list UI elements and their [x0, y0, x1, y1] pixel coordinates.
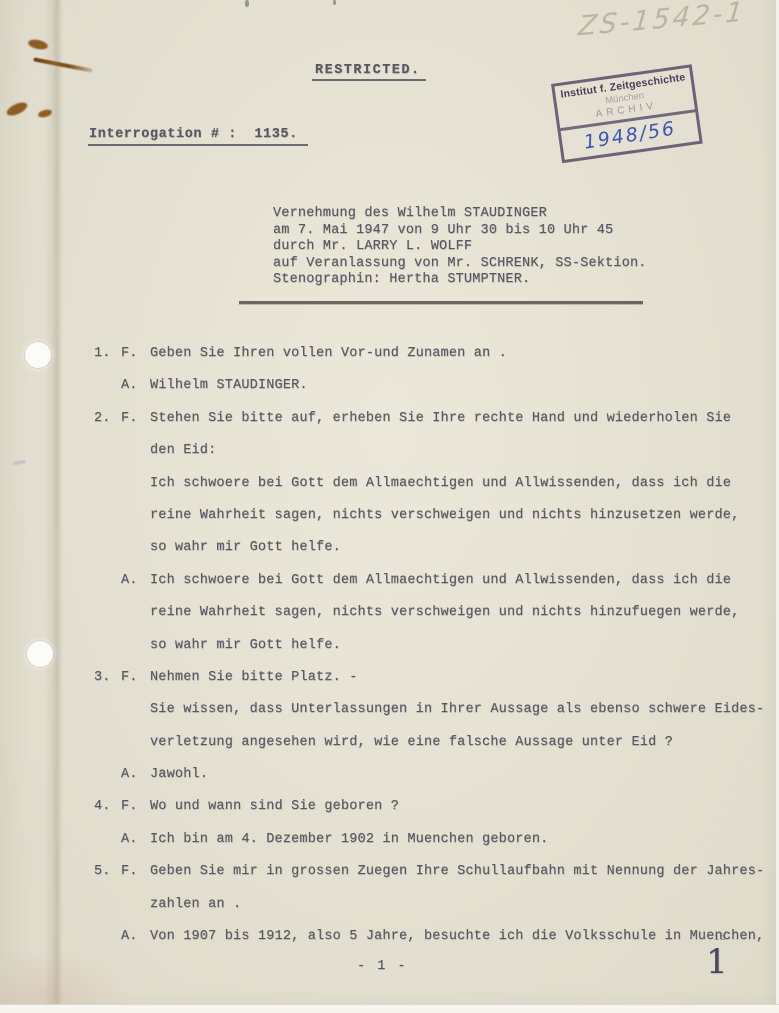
header-line: Stenographin: Hertha STUMPTNER.: [273, 272, 647, 289]
page-number-typed: - 1 -: [357, 959, 408, 974]
transcript-text: so wahr mir Gott helfe.: [150, 540, 764, 555]
transcript-text: Sie wissen, dass Unterlassungen in Ihrer…: [150, 702, 764, 717]
paper-speck: [245, 0, 249, 7]
transcript-text: Geben Sie mir in grossen Zuegen Ihre Sch…: [150, 864, 764, 879]
archive-stamp: Institut f. Zeitgeschichte München ARCHI…: [551, 64, 703, 163]
transcript-line: 2.F.Stehen Sie bitte auf, erheben Sie Ih…: [94, 411, 764, 443]
header-line: durch Mr. LARRY L. WOLFF: [273, 239, 647, 256]
header-line: am 7. Mai 1947 von 9 Uhr 30 bis 10 Uhr 4…: [273, 223, 647, 240]
transcript-speaker: F.: [121, 864, 150, 879]
transcript-text: Jawohl.: [150, 767, 764, 782]
transcript-speaker: A.: [121, 832, 150, 847]
paper-speck: [333, 0, 336, 5]
transcript-speaker: F.: [121, 346, 150, 361]
transcript-speaker: F.: [121, 411, 150, 426]
transcript-num: 1.: [94, 346, 121, 361]
transcript-speaker: A.: [121, 929, 150, 944]
transcript-num: 2.: [94, 411, 121, 426]
transcript-speaker: F.: [121, 670, 150, 685]
transcript-text: den Eid:: [150, 443, 764, 458]
scan-edge-bottom: [0, 1004, 779, 1013]
transcript-line: Sie wissen, dass Unterlassungen in Ihrer…: [94, 702, 764, 734]
rust-mark: [27, 38, 48, 51]
header-line: auf Veranlassung von Mr. SCHRENK, SS-Sek…: [273, 256, 647, 273]
classification-label: RESTRICTED.: [312, 63, 426, 81]
rust-mark: [5, 100, 29, 118]
transcript-text: Ich schwoere bei Gott dem Allmaechtigen …: [150, 573, 764, 588]
interrogation-number: Interrogation # : 1135.: [88, 127, 308, 146]
punch-hole: [27, 641, 53, 667]
transcript-line: Ich schwoere bei Gott dem Allmaechtigen …: [94, 476, 764, 508]
horizontal-rule: [239, 301, 643, 304]
header-block: Vernehmung des Wilhelm STAUDINGERam 7. M…: [273, 206, 647, 289]
transcript-text: Ich bin am 4. Dezember 1902 in Muenchen …: [150, 832, 764, 847]
transcript-text: Stehen Sie bitte auf, erheben Sie Ihre r…: [150, 411, 764, 426]
transcript-line: 5.F.Geben Sie mir in grossen Zuegen Ihre…: [94, 864, 764, 896]
transcript-line: so wahr mir Gott helfe.: [94, 638, 764, 670]
transcript-speaker: F.: [121, 799, 150, 814]
transcript-text: verletzung angesehen wird, wie eine fals…: [150, 735, 764, 750]
transcript-line: A.Ich bin am 4. Dezember 1902 in Muenche…: [94, 832, 764, 864]
transcript-line: A.Wilhelm STAUDINGER.: [94, 378, 764, 410]
header-line: Vernehmung des Wilhelm STAUDINGER: [273, 206, 647, 223]
transcript-line: zahlen an .: [94, 897, 764, 929]
transcript-line: A.Ich schwoere bei Gott dem Allmaechtige…: [94, 573, 764, 605]
rust-streak: [33, 57, 93, 72]
transcript-num: 3.: [94, 670, 121, 685]
transcript-line: so wahr mir Gott helfe.: [94, 540, 764, 572]
punch-hole: [25, 342, 51, 368]
transcript-text: Ich schwoere bei Gott dem Allmaechtigen …: [150, 476, 764, 491]
transcript-speaker: A.: [121, 378, 150, 393]
transcript-text: reine Wahrheit sagen, nichts verschweige…: [150, 605, 764, 620]
transcript-line: reine Wahrheit sagen, nichts verschweige…: [94, 605, 764, 637]
transcript-text: Wilhelm STAUDINGER.: [150, 378, 764, 393]
transcript-line: verletzung angesehen wird, wie eine fals…: [94, 735, 764, 767]
transcript-line: 4.F.Wo und wann sind Sie geboren ?: [94, 799, 764, 831]
rust-mark: [37, 108, 52, 118]
transcript-speaker: A.: [121, 573, 150, 588]
transcript-line: A.Von 1907 bis 1912, also 5 Jahre, besuc…: [94, 929, 764, 961]
transcript-num: 4.: [94, 799, 121, 814]
transcript-text: zahlen an .: [150, 897, 764, 912]
transcript-text: reine Wahrheit sagen, nichts verschweige…: [150, 508, 764, 523]
pencil-mark: [13, 460, 26, 465]
transcript-line: den Eid:: [94, 443, 764, 475]
transcript-text: Nehmen Sie bitte Platz. -: [150, 670, 764, 685]
transcript: 1.F.Geben Sie Ihren vollen Vor-und Zunam…: [94, 346, 764, 961]
transcript-line: reine Wahrheit sagen, nichts verschweige…: [94, 508, 764, 540]
archive-number-handwritten: ZS-1542-1: [577, 0, 747, 43]
transcript-text: Wo und wann sind Sie geboren ?: [150, 799, 764, 814]
transcript-num: 5.: [94, 864, 121, 879]
page-number-stamp: 1: [706, 942, 728, 982]
transcript-speaker: A.: [121, 767, 150, 782]
transcript-line: A.Jawohl.: [94, 767, 764, 799]
transcript-text: so wahr mir Gott helfe.: [150, 638, 764, 653]
document-page: ZS-1542-1 RESTRICTED. Institut f. Zeitge…: [0, 0, 779, 1013]
transcript-text: Geben Sie Ihren vollen Vor-und Zunamen a…: [150, 346, 764, 361]
transcript-line: 3.F.Nehmen Sie bitte Platz. -: [94, 670, 764, 702]
transcript-line: 1.F.Geben Sie Ihren vollen Vor-und Zunam…: [94, 346, 764, 378]
transcript-text: Von 1907 bis 1912, also 5 Jahre, besucht…: [150, 929, 764, 944]
